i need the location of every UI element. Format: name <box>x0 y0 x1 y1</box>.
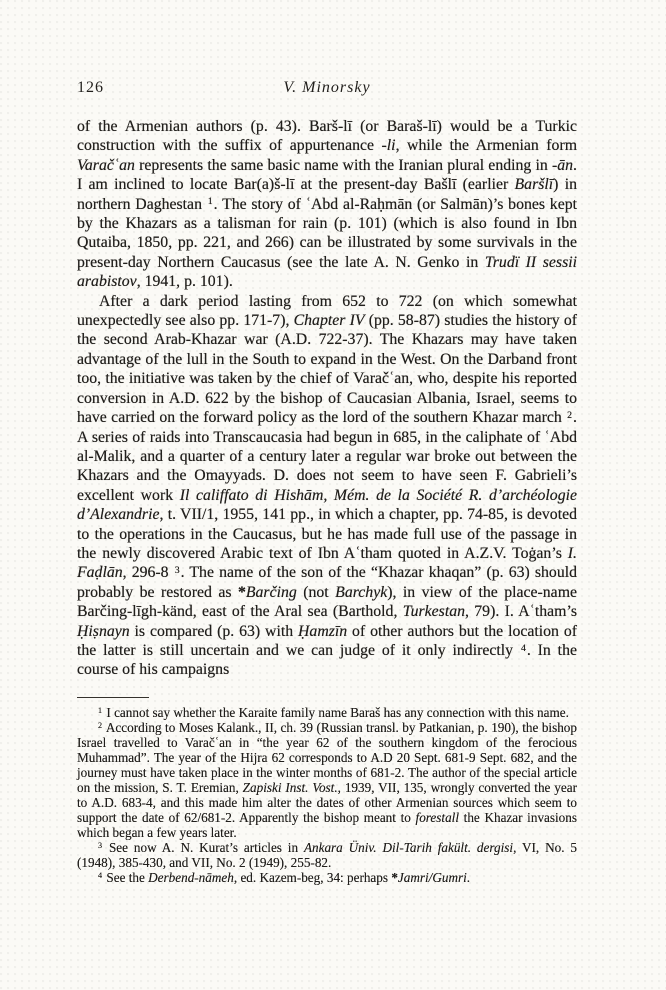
footnote-separator <box>77 697 149 698</box>
page-number: 126 <box>77 79 104 97</box>
running-head: V. Minorsky <box>77 79 577 97</box>
book-page: 126 V. Minorsky of the Armenian authors … <box>0 0 666 990</box>
footnote-2: 2 According to Moses Kalank., II, ch. 39… <box>77 720 577 840</box>
footnote-3: 3 See now A. N. Kurat’s articles in Anka… <box>77 840 577 870</box>
footnote-4: 4 See the Derbend-nāmeh, ed. Kazem-beg, … <box>77 870 577 885</box>
body-text: of the Armenian authors (p. 43). Barš-lī… <box>77 117 577 680</box>
paragraph-2: After a dark period lasting from 652 to … <box>77 292 577 680</box>
footnotes-section: 1 I cannot say whether the Karaite famil… <box>77 697 577 885</box>
paragraph-1: of the Armenian authors (p. 43). Barš-lī… <box>77 117 577 292</box>
footnote-1: 1 I cannot say whether the Karaite famil… <box>77 705 577 720</box>
page-header: 126 V. Minorsky <box>77 79 577 99</box>
